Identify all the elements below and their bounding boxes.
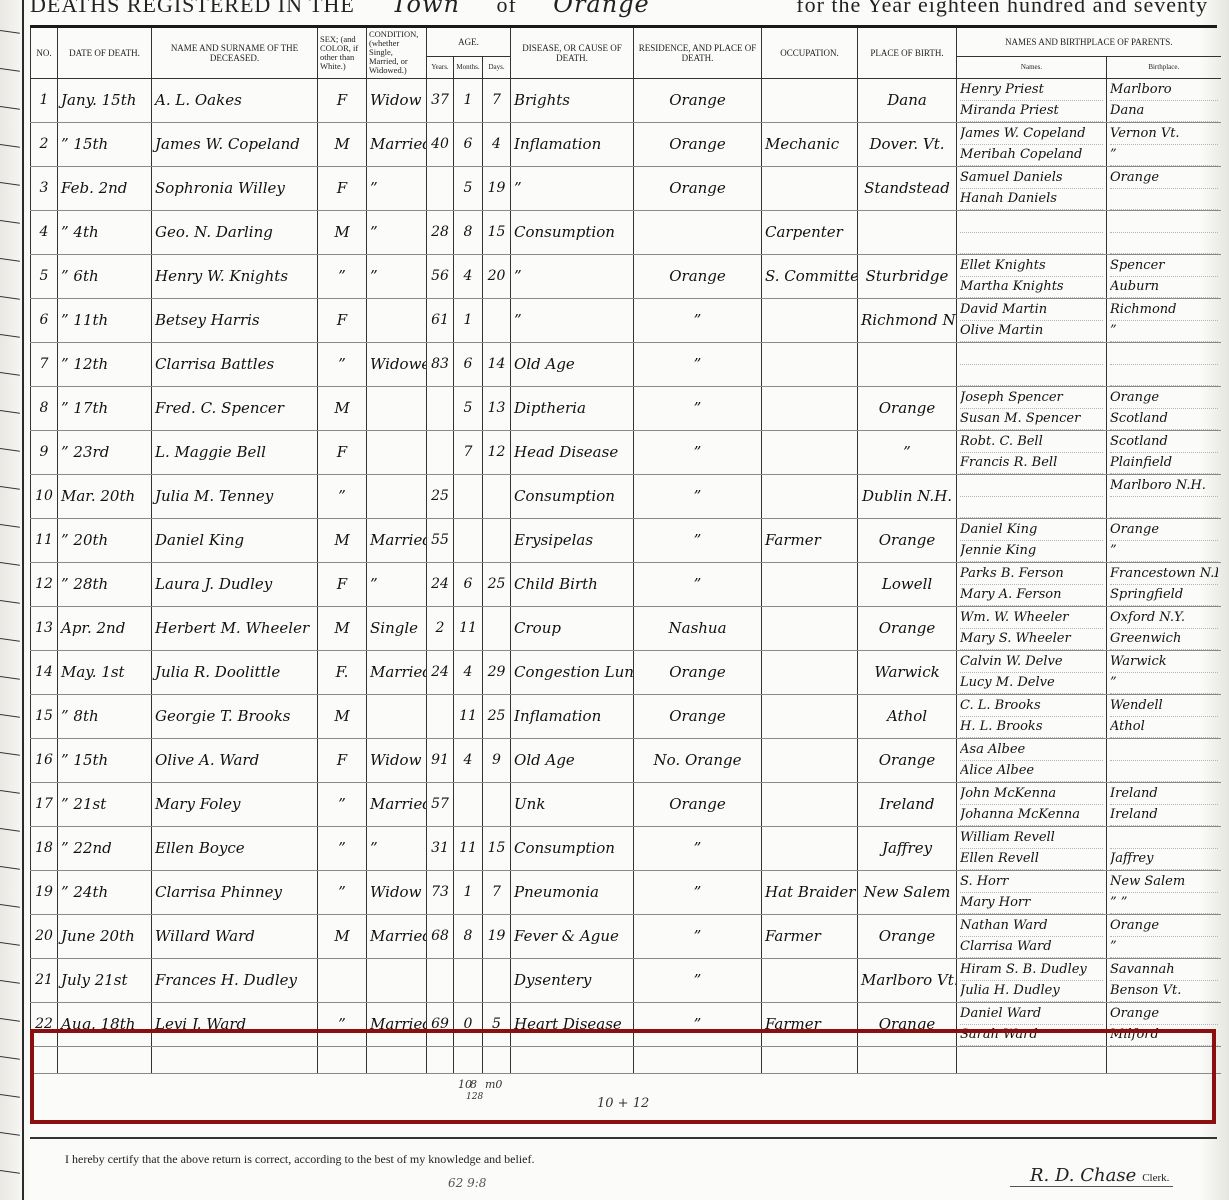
binding-stitch bbox=[0, 790, 20, 794]
cell-condition: Married bbox=[367, 650, 427, 694]
parent-name: Parks B. Ferson bbox=[960, 564, 1103, 585]
table-row: 7” 12thClarrisa Battles”Widower83614Old … bbox=[31, 342, 1221, 386]
cell-sex: ” bbox=[318, 870, 367, 914]
cell-occupation: Farmer bbox=[762, 914, 858, 958]
parent-name: John McKenna bbox=[960, 784, 1103, 805]
cell-parent-names bbox=[957, 474, 1107, 518]
col-header-age: Age. bbox=[427, 28, 511, 56]
cell-days: 12 bbox=[483, 430, 511, 474]
cell-days: 19 bbox=[483, 914, 511, 958]
cell-years: 56 bbox=[427, 254, 454, 298]
title-of: of bbox=[496, 0, 516, 17]
cell-parent-names: Daniel KingJennie King bbox=[957, 518, 1107, 562]
cell-years: 24 bbox=[427, 650, 454, 694]
parent-name: Ellen Revell bbox=[960, 849, 1103, 870]
table-row: 15” 8thGeorgie T. BrooksM1125Inflamation… bbox=[31, 694, 1221, 738]
cell-years bbox=[427, 694, 454, 738]
cell-no: 6 bbox=[31, 298, 58, 342]
table-row: 18” 22ndEllen Boyce””311115Consumption”J… bbox=[31, 826, 1221, 870]
binding-stitch bbox=[0, 942, 20, 946]
cell-disease: Pneumonia bbox=[511, 870, 634, 914]
register-page: DEATHS REGISTERED IN THE Town of Orange … bbox=[0, 0, 1229, 1200]
parent-name bbox=[960, 344, 1103, 365]
cell-residence: ” bbox=[634, 870, 762, 914]
cell-birthplace: Athol bbox=[858, 694, 957, 738]
col-header-residence: Residence, and Place of Death. bbox=[634, 28, 762, 78]
cell-days bbox=[483, 782, 511, 826]
table-row: 3Feb. 2ndSophronia WilleyF”519”OrangeSta… bbox=[31, 166, 1221, 210]
cell-name: Ellen Boyce bbox=[152, 826, 318, 870]
cell-residence: ” bbox=[634, 958, 762, 1002]
cell-birthplace: Richmond N.H. bbox=[858, 298, 957, 342]
table-row: 22Aug. 18thLevi J. Ward”Married6905Heart… bbox=[31, 1002, 1221, 1046]
cell-parent-names: James W. CopelandMeribah Copeland bbox=[957, 122, 1107, 166]
cell-condition: Married bbox=[367, 518, 427, 562]
binding-stitch bbox=[0, 30, 20, 34]
cell-parent-birthplace: Jaffrey bbox=[1107, 826, 1221, 870]
parent-birthplace bbox=[1110, 497, 1218, 518]
clerk-label: Clerk. bbox=[1142, 1172, 1169, 1184]
cell-condition: ” bbox=[367, 254, 427, 298]
parent-birthplace: Marlboro bbox=[1110, 80, 1218, 101]
cell-parent-names: Hiram S. B. DudleyJulia H. Dudley bbox=[957, 958, 1107, 1002]
parent-birthplace: Auburn bbox=[1110, 277, 1218, 298]
cell-disease: Erysipelas bbox=[511, 518, 634, 562]
cell-no: 15 bbox=[31, 694, 58, 738]
cell-no: 13 bbox=[31, 606, 58, 650]
cell-residence: ” bbox=[634, 474, 762, 518]
cell-occupation: Farmer bbox=[762, 518, 858, 562]
cell-occupation bbox=[762, 386, 858, 430]
cell-years: 2 bbox=[427, 606, 454, 650]
cell-date: ” 28th bbox=[58, 562, 152, 606]
cell-sex bbox=[318, 958, 367, 1002]
cell-date: ” 20th bbox=[58, 518, 152, 562]
parent-name: Asa Albee bbox=[960, 740, 1103, 761]
parent-birthplace: Wendell bbox=[1110, 696, 1218, 717]
parent-birthplace bbox=[1110, 344, 1218, 365]
cell-months: 1 bbox=[454, 870, 483, 914]
col-header-birthplace: Place of Birth. bbox=[858, 28, 957, 78]
cell-no: 18 bbox=[31, 826, 58, 870]
binding-stitch bbox=[0, 638, 20, 642]
table-row: 9” 23rdL. Maggie BellF712Head Disease””R… bbox=[31, 430, 1221, 474]
binding-stitch bbox=[0, 752, 20, 756]
cell-no: 7 bbox=[31, 342, 58, 386]
cell-parent-names: Daniel WardSarah Ward bbox=[957, 1002, 1107, 1046]
cell-sex: ” bbox=[318, 1002, 367, 1046]
parent-name: Alice Albee bbox=[960, 761, 1103, 782]
parent-birthplace: Orange bbox=[1110, 1004, 1218, 1025]
binding-stitch bbox=[0, 676, 20, 680]
parent-name: Robt. C. Bell bbox=[960, 432, 1103, 453]
cell-days: 9 bbox=[483, 738, 511, 782]
parent-birthplace: Scotland bbox=[1110, 409, 1218, 430]
cell-years bbox=[427, 958, 454, 1002]
parent-birthplace: Vernon Vt. bbox=[1110, 124, 1218, 145]
cell-birthplace: Orange bbox=[858, 738, 957, 782]
register-title: DEATHS REGISTERED IN THE Town of Orange … bbox=[30, 0, 1229, 16]
cell-parent-birthplace: ScotlandPlainfield bbox=[1107, 430, 1221, 474]
cell-months: 5 bbox=[454, 166, 483, 210]
binding-stitch bbox=[0, 1056, 20, 1060]
parent-name: Miranda Priest bbox=[960, 101, 1103, 122]
binding-stitch bbox=[0, 410, 20, 414]
cell-birthplace: Standstead bbox=[858, 166, 957, 210]
empty-cell bbox=[483, 1046, 511, 1073]
cell-condition bbox=[367, 298, 427, 342]
cell-name: Clarrisa Phinney bbox=[152, 870, 318, 914]
cell-birthplace: Warwick bbox=[858, 650, 957, 694]
parent-name: David Martin bbox=[960, 300, 1103, 321]
cell-disease: Brights bbox=[511, 78, 634, 122]
cell-sex: ” bbox=[318, 782, 367, 826]
cell-disease: Dysentery bbox=[511, 958, 634, 1002]
cell-no: 9 bbox=[31, 430, 58, 474]
cell-date: ” 22nd bbox=[58, 826, 152, 870]
parent-name: Samuel Daniels bbox=[960, 168, 1103, 189]
cell-parent-names: William RevellEllen Revell bbox=[957, 826, 1107, 870]
parent-name bbox=[960, 476, 1103, 497]
cell-residence: Nashua bbox=[634, 606, 762, 650]
cell-sex: F bbox=[318, 562, 367, 606]
months-margin-note-2: 128 bbox=[466, 1092, 483, 1102]
cell-years: 37 bbox=[427, 78, 454, 122]
cell-sex: M bbox=[318, 914, 367, 958]
cell-occupation: Hat Braider bbox=[762, 870, 858, 914]
cell-sex: ” bbox=[318, 826, 367, 870]
parent-birthplace bbox=[1110, 212, 1218, 233]
parent-name bbox=[960, 233, 1103, 254]
disease-margin-note: 10 + 12 bbox=[597, 1096, 649, 1111]
parent-birthplace bbox=[1110, 740, 1218, 761]
table-row: 5” 6thHenry W. Knights””56420”OrangeS. C… bbox=[31, 254, 1221, 298]
parent-name bbox=[960, 365, 1103, 386]
cell-years: 31 bbox=[427, 826, 454, 870]
table-row: 4” 4thGeo. N. DarlingM”28815ConsumptionC… bbox=[31, 210, 1221, 254]
cell-name: Clarrisa Battles bbox=[152, 342, 318, 386]
cell-name: L. Maggie Bell bbox=[152, 430, 318, 474]
table-row: 11” 20thDaniel KingMMarried55Erysipelas”… bbox=[31, 518, 1221, 562]
cell-days bbox=[483, 298, 511, 342]
cell-parent-birthplace: Francestown N.H.Springfield bbox=[1107, 562, 1221, 606]
cell-months: 5 bbox=[454, 386, 483, 430]
cell-date: June 20th bbox=[58, 914, 152, 958]
blank-row bbox=[31, 1046, 1221, 1073]
col-header-sex: SEX; (and COLOR, if other than White.) bbox=[318, 28, 367, 78]
cell-months: 6 bbox=[454, 562, 483, 606]
cell-occupation bbox=[762, 342, 858, 386]
cell-occupation bbox=[762, 562, 858, 606]
empty-cell bbox=[762, 1046, 858, 1073]
cell-date: ” 8th bbox=[58, 694, 152, 738]
cell-days: 25 bbox=[483, 694, 511, 738]
cell-condition: Married bbox=[367, 122, 427, 166]
certification-statement: I hereby certify that the above return i… bbox=[65, 1152, 534, 1167]
binding-stitch bbox=[0, 486, 20, 490]
cell-sex: F bbox=[318, 298, 367, 342]
cell-months: 11 bbox=[454, 826, 483, 870]
parent-birthplace: Plainfield bbox=[1110, 453, 1218, 474]
cell-parent-names: John McKennaJohanna McKenna bbox=[957, 782, 1107, 826]
cell-parent-names: Joseph SpencerSusan M. Spencer bbox=[957, 386, 1107, 430]
cell-date: ” 11th bbox=[58, 298, 152, 342]
cell-months: 4 bbox=[454, 738, 483, 782]
col-header-condition: CONDITION, (whether Single, Married, or … bbox=[367, 28, 427, 78]
cell-parent-birthplace: MarlboroDana bbox=[1107, 78, 1221, 122]
binding-stitch bbox=[0, 714, 20, 718]
cell-date: ” 17th bbox=[58, 386, 152, 430]
cell-months bbox=[454, 958, 483, 1002]
parent-name: Wm. W. Wheeler bbox=[960, 608, 1103, 629]
cell-no: 2 bbox=[31, 122, 58, 166]
cell-parent-birthplace: New Salem” ” bbox=[1107, 870, 1221, 914]
parent-birthplace: ” bbox=[1110, 937, 1218, 958]
binding-stitch bbox=[0, 106, 20, 110]
cell-name: Sophronia Willey bbox=[152, 166, 318, 210]
parent-birthplace: New Salem bbox=[1110, 872, 1218, 893]
empty-cell bbox=[318, 1046, 367, 1073]
empty-cell bbox=[58, 1046, 152, 1073]
cell-disease: Fever & Ague bbox=[511, 914, 634, 958]
cell-disease: Old Age bbox=[511, 738, 634, 782]
cell-sex: M bbox=[318, 606, 367, 650]
cell-name: Mary Foley bbox=[152, 782, 318, 826]
cell-years: 40 bbox=[427, 122, 454, 166]
cell-condition: Widow bbox=[367, 870, 427, 914]
parent-birthplace: Warwick bbox=[1110, 652, 1218, 673]
binding-stitch bbox=[0, 372, 20, 376]
table-row: 13Apr. 2ndHerbert M. WheelerMSingle211Cr… bbox=[31, 606, 1221, 650]
cell-disease: Child Birth bbox=[511, 562, 634, 606]
book-binding-edge bbox=[0, 0, 24, 1200]
binding-stitch bbox=[0, 980, 20, 984]
cell-occupation bbox=[762, 650, 858, 694]
cell-no: 19 bbox=[31, 870, 58, 914]
empty-cell bbox=[31, 1046, 58, 1073]
parent-name: Susan M. Spencer bbox=[960, 409, 1103, 430]
cell-residence: Orange bbox=[634, 122, 762, 166]
parent-name: Daniel Ward bbox=[960, 1004, 1103, 1025]
cell-parent-names: C. L. BrooksH. L. Brooks bbox=[957, 694, 1107, 738]
parent-birthplace bbox=[1110, 365, 1218, 386]
cell-no: 10 bbox=[31, 474, 58, 518]
cell-months: 1 bbox=[454, 298, 483, 342]
cell-disease: Inflamation bbox=[511, 122, 634, 166]
empty-cell bbox=[858, 1046, 957, 1073]
cell-no: 14 bbox=[31, 650, 58, 694]
page-reference: 62 9:8 bbox=[448, 1176, 486, 1190]
col-header-parent-names: Names. bbox=[957, 56, 1107, 78]
cell-residence: Orange bbox=[634, 78, 762, 122]
empty-cell bbox=[511, 1046, 634, 1073]
parent-birthplace: Orange bbox=[1110, 388, 1218, 409]
cell-parent-names: Ellet KnightsMartha Knights bbox=[957, 254, 1107, 298]
parent-birthplace: Scotland bbox=[1110, 432, 1218, 453]
cell-condition: Married bbox=[367, 1002, 427, 1046]
binding-stitch bbox=[0, 562, 20, 566]
cell-months: 4 bbox=[454, 254, 483, 298]
cell-parent-birthplace: IrelandIreland bbox=[1107, 782, 1221, 826]
parent-name: Hiram S. B. Dudley bbox=[960, 960, 1103, 981]
cell-name: Henry W. Knights bbox=[152, 254, 318, 298]
parent-name: S. Horr bbox=[960, 872, 1103, 893]
cell-parent-names: Calvin W. DelveLucy M. Delve bbox=[957, 650, 1107, 694]
cell-months: 0 bbox=[454, 1002, 483, 1046]
cell-date: Aug. 18th bbox=[58, 1002, 152, 1046]
cell-parent-names: Henry PriestMiranda Priest bbox=[957, 78, 1107, 122]
parent-birthplace: Orange bbox=[1110, 916, 1218, 937]
cell-name: Frances H. Dudley bbox=[152, 958, 318, 1002]
cell-days: 20 bbox=[483, 254, 511, 298]
parent-birthplace: Francestown N.H. bbox=[1110, 564, 1218, 585]
parent-name: William Revell bbox=[960, 828, 1103, 849]
table-row: 2” 15thJames W. CopelandMMarried4064Infl… bbox=[31, 122, 1221, 166]
parent-birthplace: Spencer bbox=[1110, 256, 1218, 277]
cell-years: 61 bbox=[427, 298, 454, 342]
cell-occupation bbox=[762, 606, 858, 650]
cell-days: 14 bbox=[483, 342, 511, 386]
binding-stitch bbox=[0, 1094, 20, 1098]
parent-birthplace bbox=[1110, 828, 1218, 849]
cell-condition: Widower bbox=[367, 342, 427, 386]
cell-condition: Single bbox=[367, 606, 427, 650]
cell-occupation: Mechanic bbox=[762, 122, 858, 166]
cell-occupation: Farmer bbox=[762, 1002, 858, 1046]
cell-birthplace: Orange bbox=[858, 1002, 957, 1046]
cell-parent-names: David MartinOlive Martin bbox=[957, 298, 1107, 342]
cell-parent-birthplace bbox=[1107, 738, 1221, 782]
cell-parent-birthplace: Oxford N.Y.Greenwich bbox=[1107, 606, 1221, 650]
cell-name: Fred. C. Spencer bbox=[152, 386, 318, 430]
cell-parent-birthplace bbox=[1107, 210, 1221, 254]
cell-no: 11 bbox=[31, 518, 58, 562]
cell-name: Geo. N. Darling bbox=[152, 210, 318, 254]
parent-birthplace bbox=[1110, 233, 1218, 254]
parent-name bbox=[960, 212, 1103, 233]
cell-name: Betsey Harris bbox=[152, 298, 318, 342]
cell-days: 19 bbox=[483, 166, 511, 210]
cell-disease: Head Disease bbox=[511, 430, 634, 474]
cell-parent-names: Robt. C. BellFrancis R. Bell bbox=[957, 430, 1107, 474]
cell-days bbox=[483, 518, 511, 562]
cell-days: 7 bbox=[483, 870, 511, 914]
cell-parent-names: Samuel DanielsHanah Daniels bbox=[957, 166, 1107, 210]
cell-name: Georgie T. Brooks bbox=[152, 694, 318, 738]
parent-name: H. L. Brooks bbox=[960, 717, 1103, 738]
parent-name: Julia H. Dudley bbox=[960, 981, 1103, 1002]
parent-name: Hanah Daniels bbox=[960, 189, 1103, 210]
cell-birthplace: Orange bbox=[858, 606, 957, 650]
binding-stitch bbox=[0, 904, 20, 908]
binding-stitch bbox=[0, 1018, 20, 1022]
binding-stitch bbox=[0, 296, 20, 300]
cell-occupation bbox=[762, 430, 858, 474]
col-header-months: Months. bbox=[454, 56, 483, 78]
cell-birthplace: New Salem bbox=[858, 870, 957, 914]
cell-date: Mar. 20th bbox=[58, 474, 152, 518]
cell-condition: Widow bbox=[367, 78, 427, 122]
cell-condition bbox=[367, 474, 427, 518]
parent-name: Henry Priest bbox=[960, 80, 1103, 101]
cell-residence: ” bbox=[634, 430, 762, 474]
cell-disease: ” bbox=[511, 166, 634, 210]
cell-months bbox=[454, 782, 483, 826]
cell-parent-names bbox=[957, 342, 1107, 386]
cell-birthplace: Dublin N.H. bbox=[858, 474, 957, 518]
cell-residence: ” bbox=[634, 562, 762, 606]
cell-date: ” 21st bbox=[58, 782, 152, 826]
cell-days bbox=[483, 958, 511, 1002]
cell-no: 21 bbox=[31, 958, 58, 1002]
parent-birthplace: Dana bbox=[1110, 101, 1218, 122]
cell-no: 4 bbox=[31, 210, 58, 254]
parent-name: Calvin W. Delve bbox=[960, 652, 1103, 673]
cell-days: 13 bbox=[483, 386, 511, 430]
cell-name: Julia R. Doolittle bbox=[152, 650, 318, 694]
cell-sex: F bbox=[318, 78, 367, 122]
table-row: 8” 17thFred. C. SpencerM513Diptheria”Ora… bbox=[31, 386, 1221, 430]
cell-months: 11 bbox=[454, 606, 483, 650]
parent-name: Johanna McKenna bbox=[960, 805, 1103, 826]
cell-no: 1 bbox=[31, 78, 58, 122]
cell-occupation bbox=[762, 166, 858, 210]
cell-occupation bbox=[762, 78, 858, 122]
binding-stitch bbox=[0, 220, 20, 224]
table-row: 16” 15thOlive A. WardFWidow9149Old AgeNo… bbox=[31, 738, 1221, 782]
cell-condition bbox=[367, 958, 427, 1002]
parent-birthplace: Ireland bbox=[1110, 805, 1218, 826]
parent-name: Francis R. Bell bbox=[960, 453, 1103, 474]
cell-disease: Congestion Lungs bbox=[511, 650, 634, 694]
footer-rule bbox=[30, 1137, 1217, 1139]
cell-name: A. L. Oakes bbox=[152, 78, 318, 122]
cell-residence: ” bbox=[634, 914, 762, 958]
cell-years: 55 bbox=[427, 518, 454, 562]
empty-cell bbox=[1107, 1046, 1221, 1073]
cell-occupation bbox=[762, 782, 858, 826]
cell-disease: Consumption bbox=[511, 826, 634, 870]
cell-parent-names: Nathan WardClarrisa Ward bbox=[957, 914, 1107, 958]
cell-days: 29 bbox=[483, 650, 511, 694]
cell-name: Laura J. Dudley bbox=[152, 562, 318, 606]
cell-years: 83 bbox=[427, 342, 454, 386]
cell-date: Feb. 2nd bbox=[58, 166, 152, 210]
cell-days bbox=[483, 606, 511, 650]
cell-parent-birthplace: SpencerAuburn bbox=[1107, 254, 1221, 298]
cell-no: 17 bbox=[31, 782, 58, 826]
cell-days: 15 bbox=[483, 210, 511, 254]
cell-parent-birthplace: Orange bbox=[1107, 166, 1221, 210]
cell-occupation bbox=[762, 298, 858, 342]
cell-parent-birthplace: SavannahBenson Vt. bbox=[1107, 958, 1221, 1002]
cell-no: 8 bbox=[31, 386, 58, 430]
cell-date: ” 24th bbox=[58, 870, 152, 914]
cell-residence: ” bbox=[634, 826, 762, 870]
cell-disease: Inflamation bbox=[511, 694, 634, 738]
table-row: 17” 21stMary Foley”Married57UnkOrangeIre… bbox=[31, 782, 1221, 826]
cell-name: Daniel King bbox=[152, 518, 318, 562]
parent-birthplace: ” bbox=[1110, 145, 1218, 166]
cell-no: 3 bbox=[31, 166, 58, 210]
cell-birthplace: Lowell bbox=[858, 562, 957, 606]
cell-days: 25 bbox=[483, 562, 511, 606]
town-type: Town bbox=[391, 0, 460, 18]
binding-stitch bbox=[0, 1170, 20, 1174]
table-row: 20June 20thWillard WardMMarried68819Feve… bbox=[31, 914, 1221, 958]
cell-residence bbox=[634, 210, 762, 254]
col-header-parents: Names and Birthplace of Parents. bbox=[957, 28, 1221, 56]
